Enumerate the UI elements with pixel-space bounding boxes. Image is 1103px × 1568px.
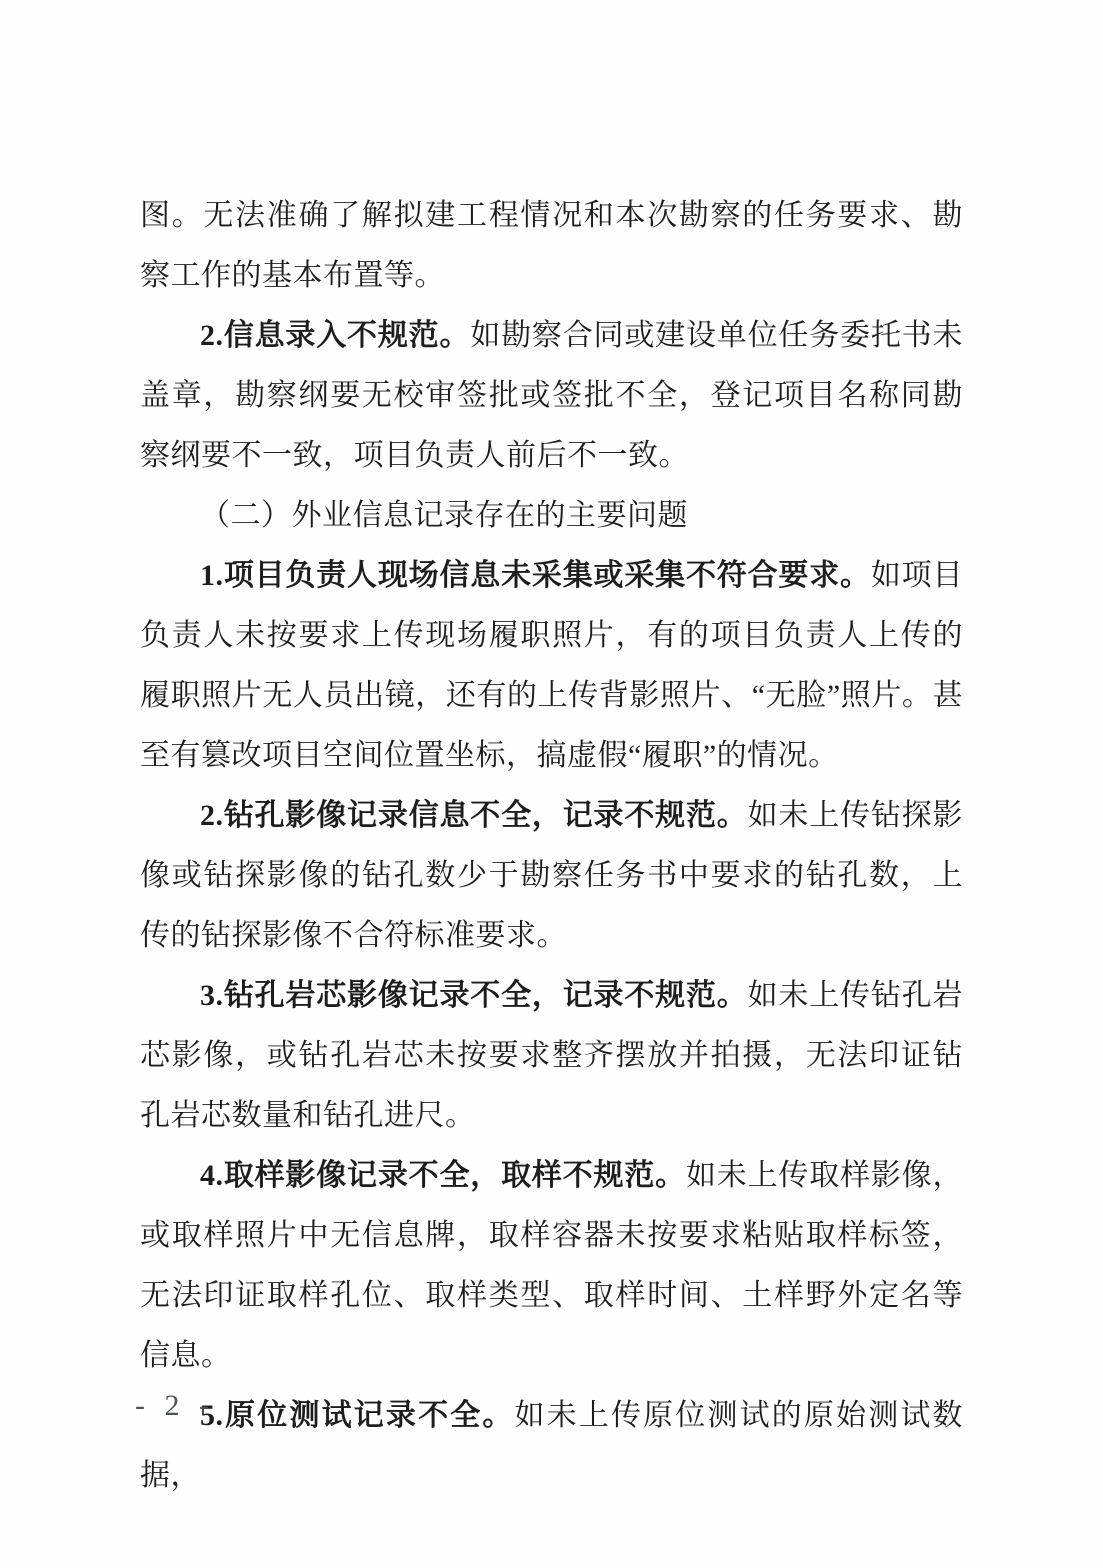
paragraph: 1.项目负责人现场信息未采集或采集不符合要求。如项目负责人未按要求上传现场履职照… <box>140 546 963 786</box>
document-body: 图。无法准确了解拟建工程情况和本次勘察的任务要求、勘察工作的基本布置等。 2.信… <box>140 186 963 1506</box>
paragraph: 4.取样影像记录不全，取样不规范。如未上传取样影像，或取样照片中无信息牌，取样容… <box>140 1146 963 1386</box>
paragraph-text: 图。无法准确了解拟建工程情况和本次勘察的任务要求、勘察工作的基本布置等。 <box>140 199 963 292</box>
paragraph: 3.钻孔岩芯影像记录不全，记录不规范。如未上传钻孔岩芯影像，或钻孔岩芯未按要求整… <box>140 966 963 1146</box>
paragraph-lead: 1.项目负责人现场信息未采集或采集不符合要求。 <box>200 559 871 592</box>
paragraph: 2.钻孔影像记录信息不全，记录不规范。如未上传钻探影像或钻探影像的钻孔数少于勘察… <box>140 786 963 966</box>
section-heading-text: （二）外业信息记录存在的主要问题 <box>200 499 688 532</box>
paragraph-lead: 2.钻孔影像记录信息不全，记录不规范。 <box>200 799 748 832</box>
page-number: - 2 - <box>135 1386 215 1426</box>
document-page: 图。无法准确了解拟建工程情况和本次勘察的任务要求、勘察工作的基本布置等。 2.信… <box>0 0 1103 1568</box>
paragraph: 图。无法准确了解拟建工程情况和本次勘察的任务要求、勘察工作的基本布置等。 <box>140 186 963 306</box>
paragraph: 5.原位测试记录不全。如未上传原位测试的原始测试数据， <box>140 1386 963 1506</box>
paragraph: 2.信息录入不规范。如勘察合同或建设单位任务委托书未盖章，勘察纲要无校审签批或签… <box>140 306 963 486</box>
paragraph-lead: 4.取样影像记录不全，取样不规范。 <box>200 1159 686 1192</box>
paragraph-lead: 2.信息录入不规范。 <box>200 319 470 352</box>
section-heading: （二）外业信息记录存在的主要问题 <box>140 486 963 546</box>
paragraph-lead: 3.钻孔岩芯影像记录不全，记录不规范。 <box>200 979 748 1012</box>
paragraph-lead: 5.原位测试记录不全。 <box>200 1399 515 1432</box>
